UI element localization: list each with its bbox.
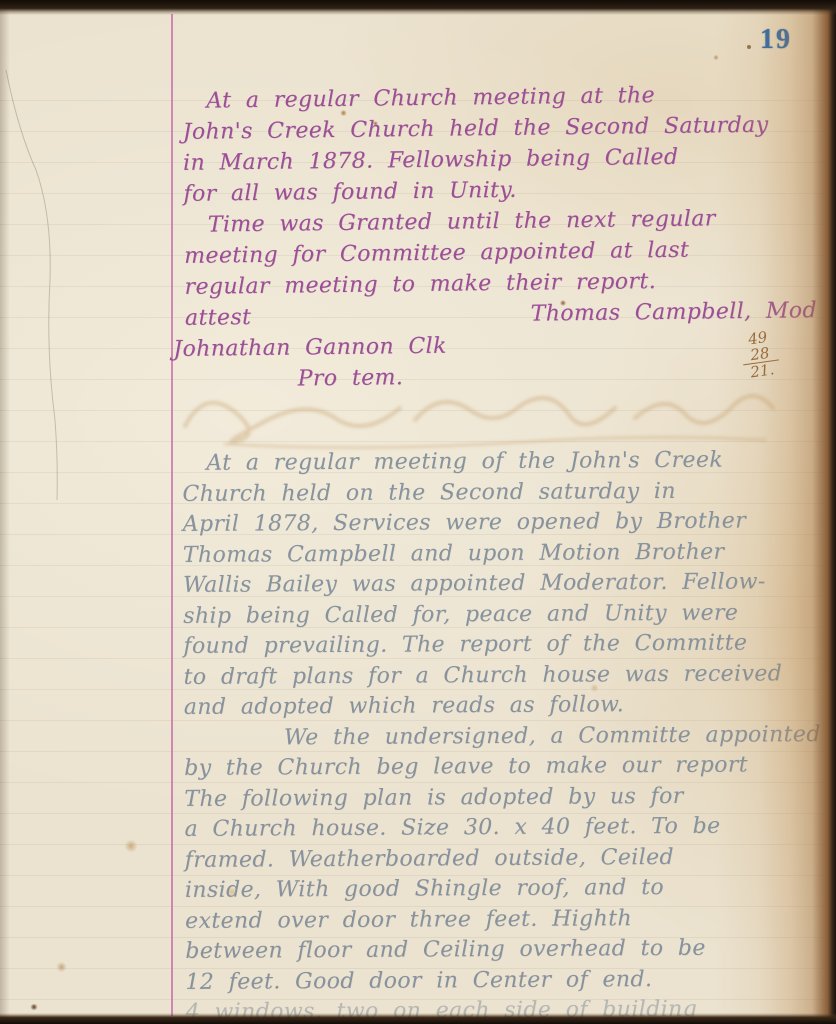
- moderator-signature: Thomas Campbell, Mod: [530, 295, 817, 329]
- book-bottom-edge: [0, 1013, 836, 1024]
- handwritten-line: We the undersigned, a Committe appointed: [184, 720, 816, 754]
- handwritten-line: Thomas Campbell and upon Motion Brother: [183, 537, 815, 571]
- handwritten-line: by the Church beg leave to make our repo…: [184, 750, 816, 784]
- handwritten-line: to draft plans for a Church house was re…: [184, 659, 816, 693]
- handwritten-line: framed. Weatherboarded outside, Ceiled: [185, 842, 817, 876]
- handwritten-line: between floor and Ceiling overhead to be: [185, 933, 817, 967]
- margin-rule-line: [171, 14, 173, 1016]
- handwritten-line: a Church house. Size 30. x 40 feet. To b…: [184, 811, 816, 845]
- minutes-entry-march-1878: At a regular Church meeting at the John'…: [182, 78, 818, 396]
- ink-dot: [747, 45, 751, 49]
- ledger-page-scan: 19 At a regular Church meeting at the Jo…: [0, 0, 836, 1024]
- minutes-entry-april-1878: At a regular meeting of the John's Creek…: [182, 445, 818, 1024]
- handwritten-line: At a regular meeting of the John's Creek: [182, 445, 814, 479]
- handwritten-line: and adopted which reads as follow.: [184, 689, 816, 723]
- handwritten-line: The following plan is adopted by us for: [184, 781, 816, 815]
- handwritten-line: April 1878, Services were opened by Brot…: [183, 506, 815, 540]
- handwritten-line: extend over door three feet. Highth: [185, 903, 817, 937]
- handwritten-line: 12 feet. Good door in Center of end.: [185, 964, 817, 998]
- handwritten-line: Wallis Bailey was appointed Moderator. F…: [183, 567, 815, 601]
- book-top-edge: [0, 0, 836, 15]
- margin-arithmetic-annotation: 49 28 21.: [739, 328, 781, 382]
- attest-label: attest: [185, 302, 252, 334]
- handwritten-line: Church held on the Second saturday in: [182, 476, 814, 510]
- handwritten-line: inside, With good Shingle roof, and to: [185, 872, 817, 906]
- handwritten-line: ship being Called for, peace and Unity w…: [183, 598, 815, 632]
- page-number: 19: [760, 24, 792, 56]
- handwritten-line: found prevailing. The report of the Comm…: [183, 628, 815, 662]
